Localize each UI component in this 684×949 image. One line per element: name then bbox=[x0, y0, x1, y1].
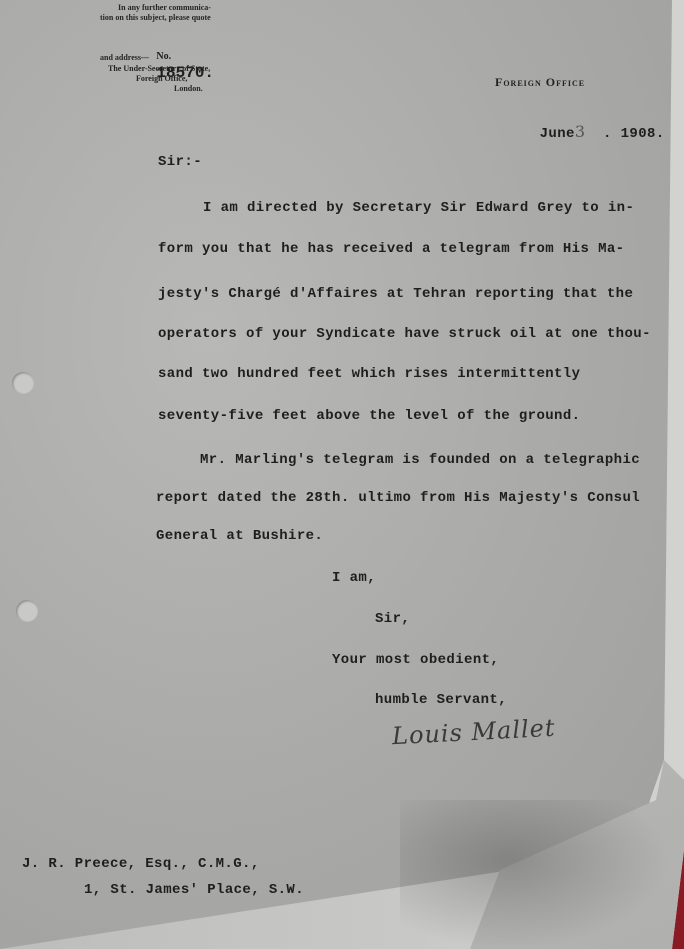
body-line: form you that he has received a telegram… bbox=[158, 241, 624, 257]
closing-line-3: Your most obedient, bbox=[332, 652, 499, 668]
body-line: Mr. Marling's telegram is founded on a t… bbox=[200, 452, 640, 468]
punch-hole-upper bbox=[12, 372, 34, 394]
recipient-name: J. R. Preece, Esq., C.M.G., bbox=[22, 856, 260, 872]
address-intro: and address— bbox=[100, 53, 149, 63]
instruction-line-1: In any further communica- bbox=[118, 3, 211, 13]
punch-hole-lower bbox=[16, 600, 38, 622]
recipient-address: 1, St. James' Place, S.W. bbox=[84, 882, 304, 898]
closing-line-1: I am, bbox=[332, 570, 376, 586]
letter-date: June3 . 1908. bbox=[522, 106, 665, 142]
body-line: operators of your Syndicate have struck … bbox=[158, 326, 651, 342]
closing-line-4: humble Servant, bbox=[375, 692, 507, 708]
address-line-3: London. bbox=[174, 84, 203, 94]
date-month: June bbox=[540, 126, 575, 142]
date-year: . 1908. bbox=[603, 126, 665, 142]
office-name: Foreign Office bbox=[495, 75, 585, 90]
body-line: sand two hundred feet which rises interm… bbox=[158, 366, 580, 382]
body-line: I am directed by Secretary Sir Edward Gr… bbox=[203, 200, 634, 216]
date-day-handwritten: 3 bbox=[575, 122, 586, 141]
body-line: jesty's Chargé d'Affaires at Tehran repo… bbox=[158, 286, 633, 302]
closing-line-2: Sir, bbox=[375, 611, 410, 627]
body-line: seventy-five feet above the level of the… bbox=[158, 408, 580, 424]
body-line: report dated the 28th. ultimo from His M… bbox=[156, 490, 640, 506]
letter-page bbox=[0, 0, 684, 949]
instruction-line-2: tion on this subject, please quote bbox=[100, 13, 211, 23]
salutation: Sir:- bbox=[158, 154, 202, 170]
address-line-2: Foreign Office, bbox=[136, 74, 187, 84]
body-line: General at Bushire. bbox=[156, 528, 323, 544]
reference-prefix: No. bbox=[156, 51, 171, 62]
address-line-1: The Under-Secretary of State, bbox=[108, 64, 210, 74]
